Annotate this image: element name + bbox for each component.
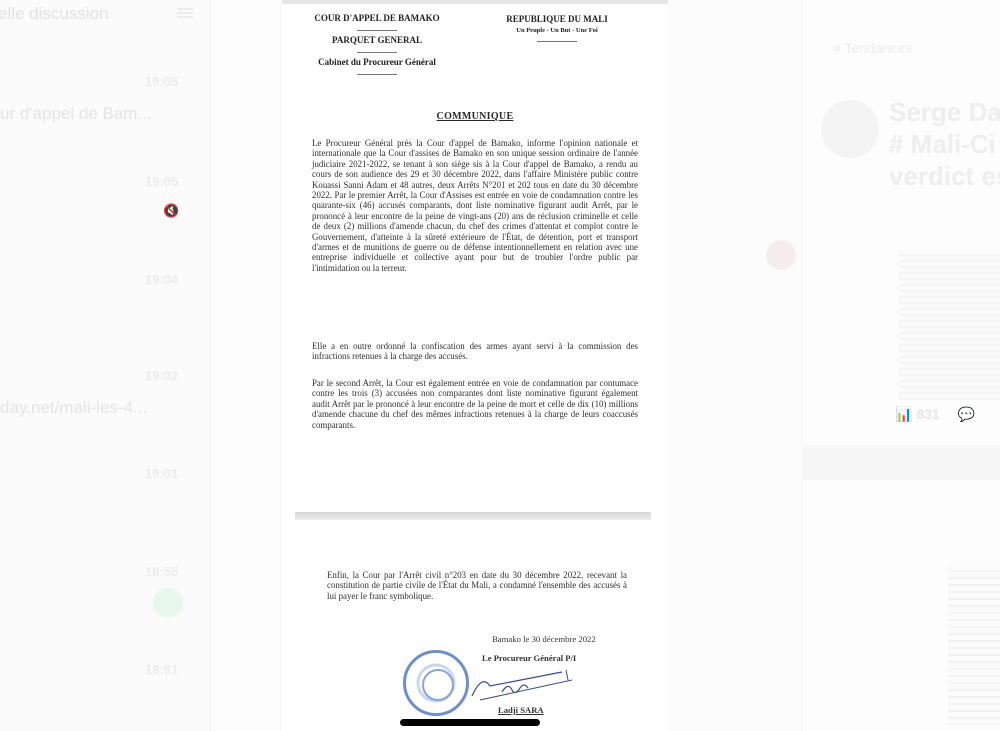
national-motto: Un Peuple - Un But - Une Foi (487, 25, 627, 36)
views-count: 831 (916, 406, 939, 422)
mute-icon: 🔇 (163, 203, 179, 219)
divider (357, 47, 397, 53)
document-page: COUR D'APPEL DE BAMAKO PARQUET GENERAL C… (282, 0, 668, 731)
post-headline: verdict es (889, 160, 1000, 192)
signature-icon (462, 666, 582, 706)
avatar[interactable] (821, 100, 879, 158)
signer-title: Le Procureur Général P/I (482, 653, 576, 663)
chat-list-title: elle discussion (0, 4, 109, 24)
divider (803, 445, 1000, 480)
document-title: COMMUNIQUE (282, 111, 668, 122)
divider (537, 36, 577, 42)
trend-label: # Tendances (833, 40, 912, 56)
chat-time: 19:01 (145, 466, 178, 481)
views-icon: 📊 (895, 406, 912, 422)
paragraph: Le Procureur Général près la Cour d'appe… (312, 138, 638, 273)
background-column (210, 0, 280, 731)
menu-icon[interactable] (177, 8, 193, 18)
department-name: PARQUET GENERAL (302, 34, 452, 47)
post-author: Serge Da (889, 96, 1000, 128)
scroll-button-icon[interactable] (766, 240, 796, 270)
country-name: REPUBLIQUE DU MALI (487, 14, 627, 25)
unread-badge (153, 588, 183, 618)
document-header-left: COUR D'APPEL DE BAMAKO PARQUET GENERAL C… (302, 12, 452, 78)
page-separator (295, 512, 651, 520)
chat-list-panel: elle discussion ur d'appel de Bam... 19:… (0, 0, 210, 731)
chat-time: 19:02 (145, 368, 178, 383)
page-edge (282, 0, 668, 4)
post-image-thumbnail[interactable] (898, 250, 1000, 400)
divider (357, 25, 397, 31)
chat-time: 18:55 (145, 564, 178, 579)
views-stat: 📊 831 💬 (895, 406, 975, 423)
office-name: Cabinet du Procureur Général (302, 56, 452, 69)
social-post-panel: # Tendances Serge Da # Mali-Ci verdict e… (803, 0, 1000, 731)
place-date: Bamako le 30 décembre 2022 (492, 634, 596, 644)
chat-preview[interactable]: day.net/mali-les-4... (0, 398, 147, 418)
background-column (668, 0, 803, 731)
chat-time: 18:51 (145, 662, 178, 677)
divider (357, 69, 397, 75)
chat-preview[interactable]: ur d'appel de Bam... (0, 104, 152, 124)
post-title: Serge Da # Mali-Ci verdict es (889, 96, 1000, 192)
paragraph: Elle a en outre ordonné la confiscation … (312, 341, 638, 362)
post-hashtag: # Mali-Ci (889, 128, 1000, 160)
comment-icon[interactable]: 💬 (958, 406, 975, 422)
signer-name: Ladji SARA (498, 705, 544, 715)
court-name: COUR D'APPEL DE BAMAKO (302, 12, 452, 25)
document-header-right: REPUBLIQUE DU MALI Un Peuple - Un But - … (487, 14, 627, 45)
paragraph: Enfin, la Cour par l'Arrêt civil n°203 e… (327, 570, 627, 601)
chat-time: 19:05 (145, 74, 178, 89)
post-image-thumbnail[interactable] (948, 565, 1000, 725)
home-indicator[interactable] (400, 719, 540, 726)
paragraph: Par le second Arrêt, la Cour est égaleme… (312, 378, 638, 430)
chat-time: 19:04 (145, 272, 178, 287)
official-stamp-icon (403, 650, 469, 716)
chat-time: 19:05 (145, 174, 178, 189)
